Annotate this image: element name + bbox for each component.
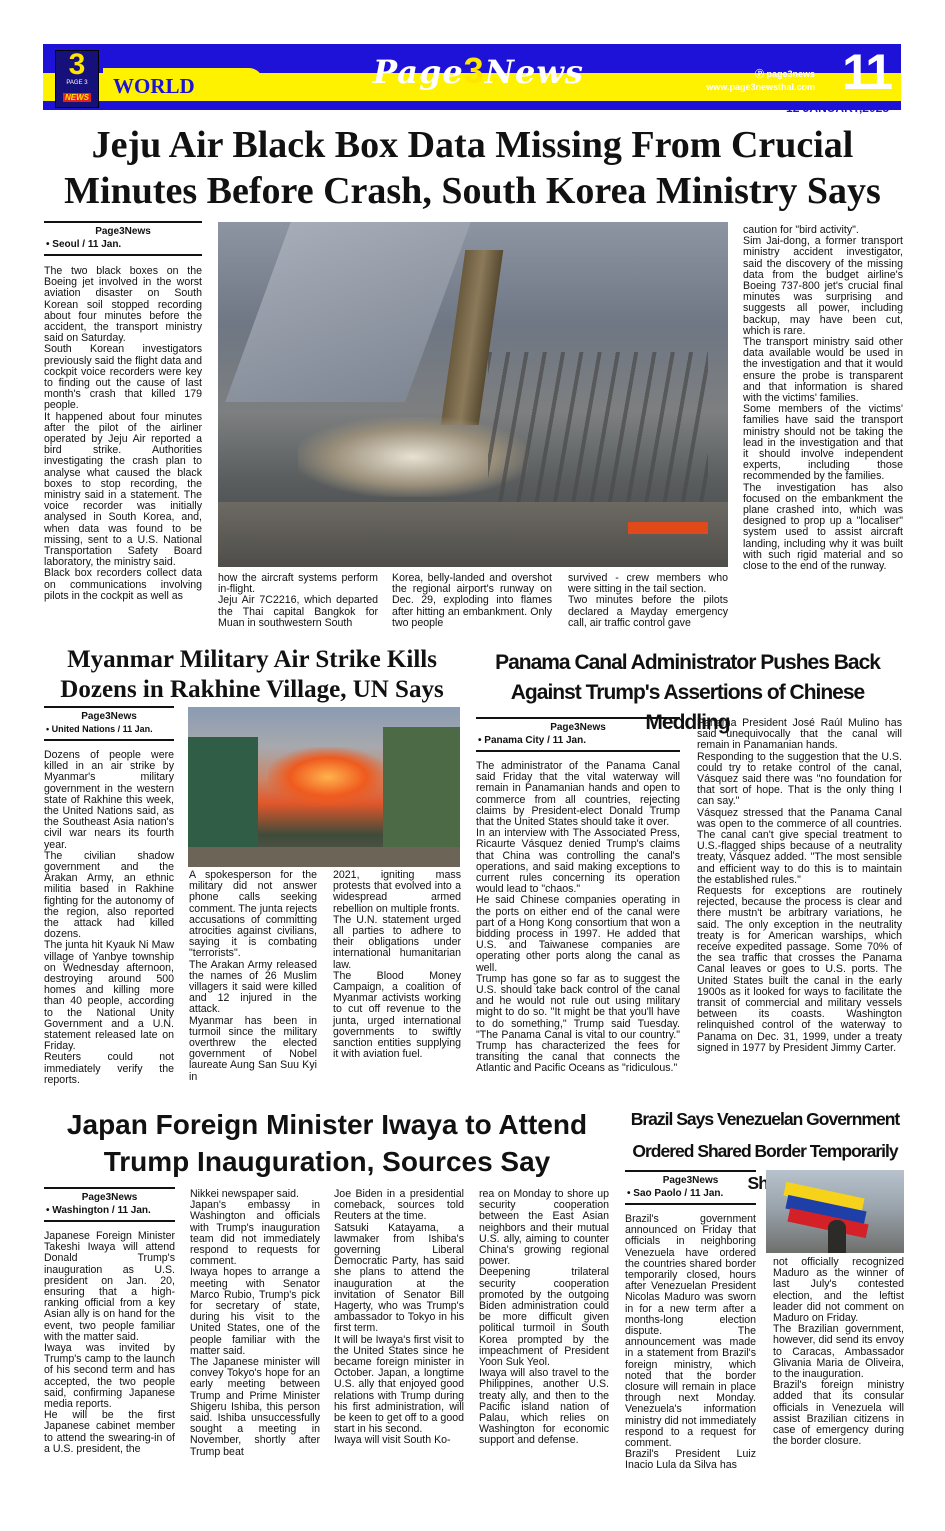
byline: Page3News • Panama City / 11 Jan. [476, 717, 680, 752]
venezuela-flag-photo [766, 1170, 904, 1253]
brazil-col-2: not officially recognized Maduro as the … [773, 1257, 904, 1447]
japan-col-2: Nikkei newspaper said. Japan's embassy i… [190, 1189, 320, 1458]
byline: Page3News • Seoul / 11 Jan. [44, 221, 202, 256]
brazil-col-1: Page3News • Sao Paolo / 11 Jan. Brazil's… [625, 1170, 756, 1472]
byline: Page3News • Sao Paolo / 11 Jan. [625, 1170, 756, 1205]
brand-wordmark: Page3News [373, 50, 573, 92]
jeju-col-5: caution for "bird activity". Sim Jai-don… [743, 225, 903, 572]
myanmar-fire-photo [188, 707, 460, 867]
section-label: WORLD [113, 74, 195, 99]
jeju-col-1: Page3News • Seoul / 11 Jan. The two blac… [44, 221, 202, 602]
myanmar-col-1: Page3News • United Nations / 11 Jan. Doz… [44, 706, 174, 1086]
facebook-icon: Ⓟ [755, 69, 767, 79]
masthead-blue-rule [43, 101, 901, 110]
byline: Page3News • United Nations / 11 Jan. [44, 706, 174, 741]
japan-headline: Japan Foreign Minister Iwaya to Attend T… [42, 1106, 612, 1180]
myanmar-headline: Myanmar Military Air Strike Kills Dozens… [42, 645, 462, 705]
masthead: 3 PAGE 3 NEWS WORLD Page3News Ⓟ page3new… [43, 44, 901, 110]
jeju-crash-photo [218, 222, 728, 567]
byline: Page3News • Washington / 11 Jan. [44, 1187, 175, 1222]
japan-col-1: Page3News • Washington / 11 Jan. Japanes… [44, 1187, 175, 1455]
page-number: 11 [842, 46, 891, 98]
jeju-col-2: how the aircraft systems perform in-flig… [218, 573, 378, 629]
social-info: Ⓟ page3news www.page3newsthal.com [706, 68, 815, 94]
japan-col-3: Joe Biden in a presidential comeback, so… [334, 1189, 464, 1447]
page3-logo: 3 PAGE 3 NEWS [55, 50, 99, 108]
jeju-col-3: Korea, belly-landed and overshot the reg… [392, 573, 552, 629]
myanmar-col-3: 2021, igniting mass protests that evolve… [333, 870, 461, 1060]
jeju-headline: Jeju Air Black Box Data Missing From Cru… [40, 122, 905, 214]
panama-col-2: Panama President José Raúl Mulino has sa… [697, 718, 902, 1054]
issue-date: 12 JANUARY,2025 [786, 101, 889, 115]
panama-col-1: Page3News • Panama City / 11 Jan. The ad… [476, 717, 680, 1075]
website-link[interactable]: www.page3newsthal.com [706, 81, 815, 94]
myanmar-col-2: A spokesperson for the military did not … [189, 870, 317, 1083]
jeju-col-4: survived - crew members who were sitting… [568, 573, 728, 629]
japan-col-4: rea on Monday to shore up security coope… [479, 1189, 609, 1447]
